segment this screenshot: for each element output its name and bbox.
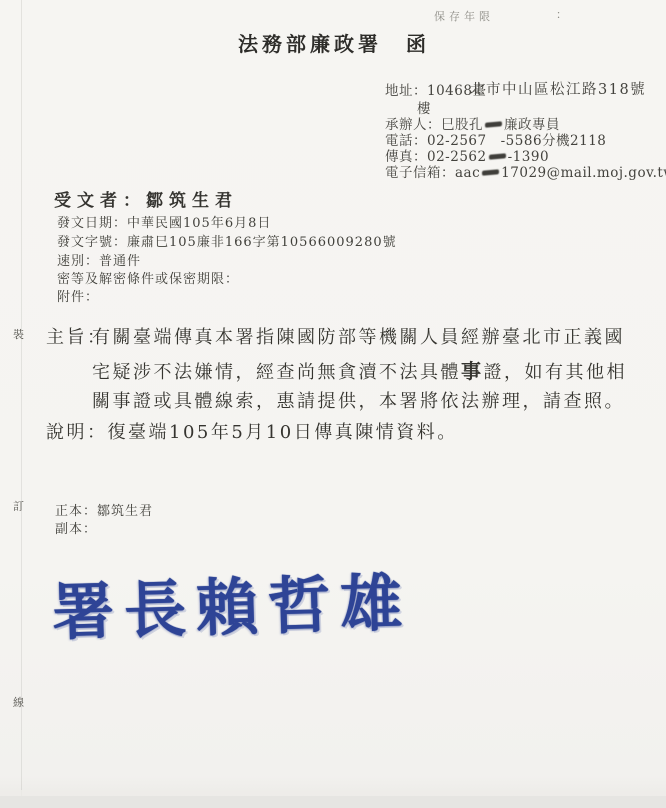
- binding-mark-ding: 訂: [13, 498, 24, 514]
- subject-line2-post: 證，如有其他相: [484, 362, 628, 383]
- email-suffix: 17029@mail.moj.gov.tw: [501, 165, 666, 181]
- subject-line2-overprinted-char: 事: [461, 359, 484, 383]
- original-copy-line: 正本：鄒筑生君: [55, 500, 153, 519]
- subject-text-line1: 有關臺端傳真本署指陳國防部等機關人員經辦臺北市正義國: [92, 323, 625, 349]
- retention-period-colon: ：: [556, 6, 567, 22]
- priority-line: 速別：普通件: [57, 250, 141, 269]
- binding-mark-xian: 線: [13, 694, 24, 710]
- security-classification-line: 密等及解密條件或保密期限：: [57, 268, 239, 287]
- carbon-copy-line: 副本：: [55, 518, 97, 537]
- reference-number-line: 發文字號：廉肅巳105廉非166字第10566009280號: [57, 231, 397, 250]
- address-line-right: 北市中山區松江路318號: [470, 78, 646, 99]
- binding-guide-line: [21, 0, 22, 798]
- redaction-mark: [482, 169, 499, 175]
- binding-mark-zhuang: 裝: [13, 326, 24, 342]
- director-general-signature-stamp: 署長賴哲雄: [51, 553, 413, 652]
- email-line: 電子信箱：aac17029@mail.moj.gov.tw: [385, 161, 666, 181]
- subject-line2-pre: 宅疑涉不法嫌情，經查尚無貪瀆不法具體: [92, 362, 461, 383]
- retention-period-label: 保存年限: [434, 8, 494, 24]
- document-title: 法務部廉政署 函: [238, 28, 430, 57]
- recipient-line: 受文者：鄒筑生君: [54, 186, 238, 211]
- scan-edge: [0, 796, 666, 808]
- subject-text-line2: 宅疑涉不法嫌情，經查尚無貪瀆不法具體事證，如有其他相: [92, 355, 627, 384]
- subject-text-line3: 關事證或具體線索，惠請提供，本署將依法辦理，請查照。: [92, 387, 625, 413]
- attachment-line: 附件：: [57, 286, 99, 305]
- redaction-mark: [485, 121, 502, 127]
- explanation-line: 說明：復臺端105年5月10日傳真陳情資料。: [46, 418, 458, 444]
- email-prefix: 電子信箱：aac: [385, 165, 480, 181]
- redaction-mark: [489, 153, 506, 159]
- issue-date-line: 發文日期：中華民國105年6月8日: [57, 212, 271, 231]
